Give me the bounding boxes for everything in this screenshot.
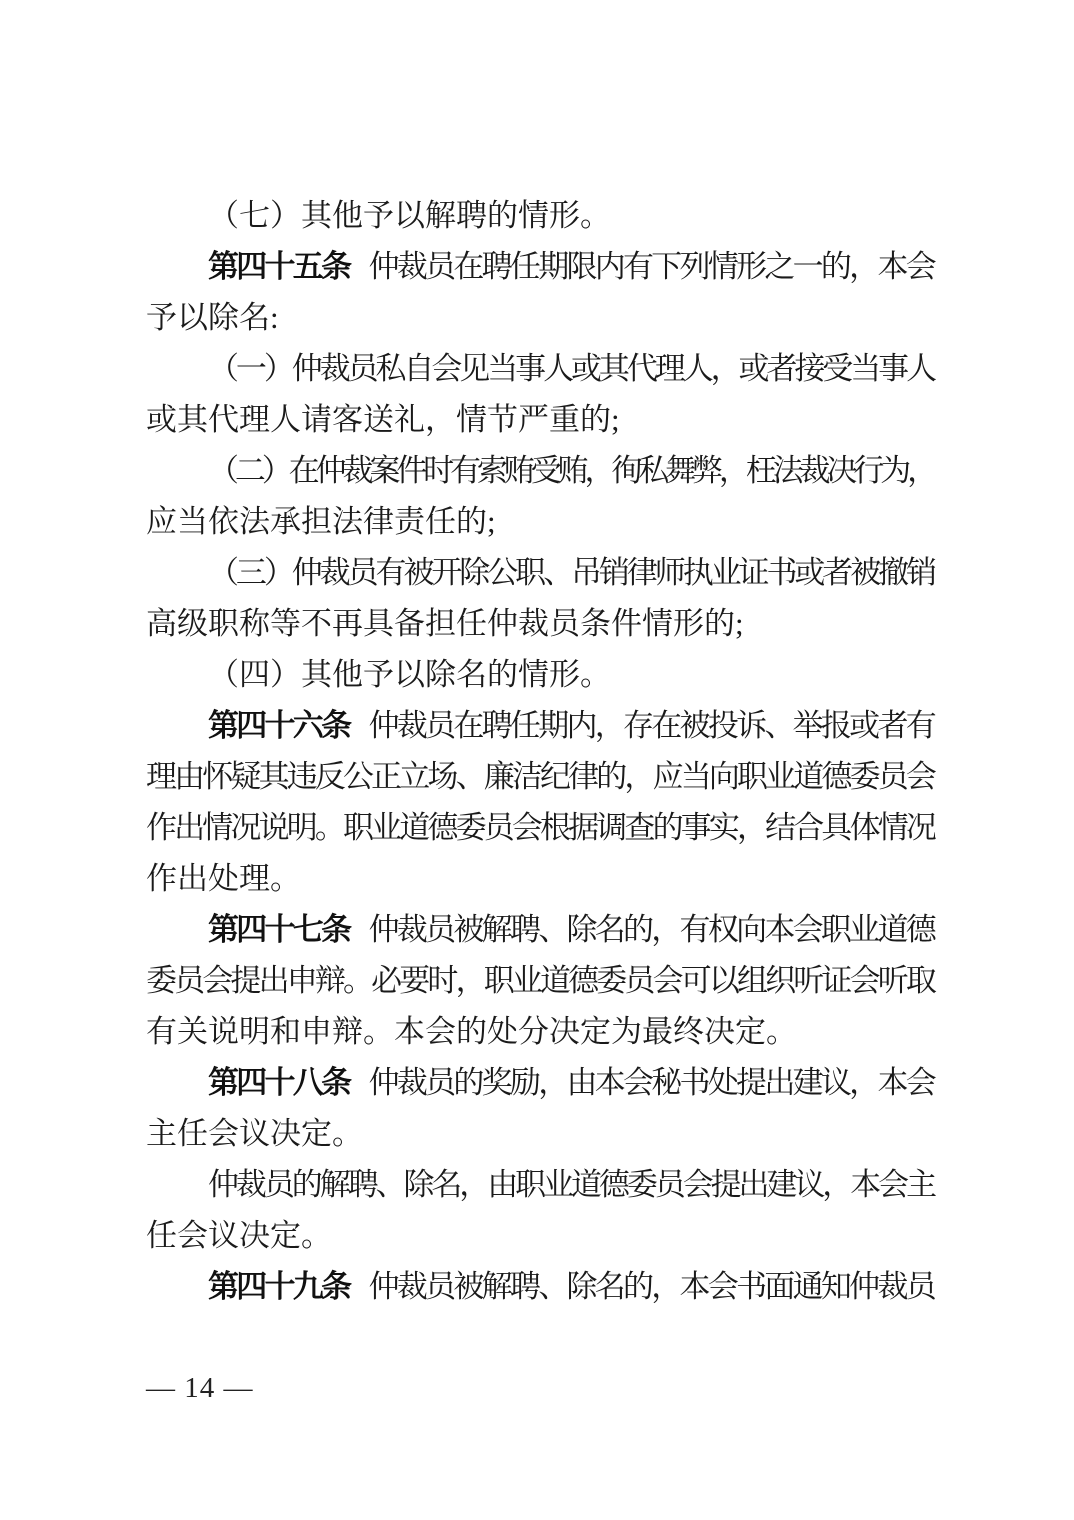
line-content: 作出处理。 xyxy=(146,861,301,896)
text-line: （四）其他予以除名的情形。 xyxy=(146,649,934,700)
line-text: 仲裁员的解聘、除名，由职业道德委员会提出建议，本会主 xyxy=(208,1167,934,1202)
article-line: 第四十九条仲裁员被解聘、除名的，本会书面通知仲裁员 xyxy=(146,1261,934,1312)
text-line: 有关说明和申辩。本会的处分决定为最终决定。 xyxy=(146,1006,934,1057)
line-text: 仲裁员在聘任期内，存在被投诉、举报或者有 xyxy=(369,708,934,743)
text-line: 主任会议决定。 xyxy=(146,1108,934,1159)
text-line: 理由怀疑其违反公正立场、廉洁纪律的，应当向职业道德委员会 xyxy=(146,751,934,802)
line-content: 任会议决定。 xyxy=(146,1218,332,1253)
text-line: 应当依法承担法律责任的; xyxy=(146,496,934,547)
line-text: 作出情况说明。职业道德委员会根据调查的事实，结合具体情况 xyxy=(146,810,934,845)
article-line: 第四十八条仲裁员的奖励，由本会秘书处提出建议，本会 xyxy=(146,1057,934,1108)
line-content: 仲裁员的解聘、除名，由职业道德委员会提出建议，本会主 xyxy=(208,1167,934,1202)
line-text: 仲裁员在聘任期限内有下列情形之一的，本会 xyxy=(369,249,934,284)
text-line: （一）仲裁员私自会见当事人或其代理人，或者接受当事人 xyxy=(146,343,934,394)
text-line: 委员会提出申辩。必要时，职业道德委员会可以组织听证会听取 xyxy=(146,955,934,1006)
line-content: （七）其他予以解聘的情形。 xyxy=(208,198,611,233)
line-content: 委员会提出申辩。必要时，职业道德委员会可以组织听证会听取 xyxy=(146,963,934,998)
text-line: （三）仲裁员有被开除公职、吊销律师执业证书或者被撤销 xyxy=(146,547,934,598)
document-body: （七）其他予以解聘的情形。第四十五条仲裁员在聘任期限内有下列情形之一的，本会予以… xyxy=(146,190,934,1312)
text-line: 作出情况说明。职业道德委员会根据调查的事实，结合具体情况 xyxy=(146,802,934,853)
line-content: 第四十七条仲裁员被解聘、除名的，有权向本会职业道德 xyxy=(208,912,934,947)
line-content: （四）其他予以除名的情形。 xyxy=(208,657,611,692)
line-text: （二）在仲裁案件时有索贿受贿，徇私舞弊，枉法裁决行为， xyxy=(208,453,934,488)
line-content: 第四十九条仲裁员被解聘、除名的，本会书面通知仲裁员 xyxy=(208,1269,934,1304)
line-content: 第四十五条仲裁员在聘任期限内有下列情形之一的，本会 xyxy=(208,249,934,284)
line-text: 仲裁员被解聘、除名的，本会书面通知仲裁员 xyxy=(369,1269,934,1304)
text-line: 仲裁员的解聘、除名，由职业道德委员会提出建议，本会主 xyxy=(146,1159,934,1210)
line-text: 或其代理人请客送礼，情节严重的; xyxy=(146,402,620,437)
text-line: （二）在仲裁案件时有索贿受贿，徇私舞弊，枉法裁决行为， xyxy=(146,445,934,496)
line-text: 有关说明和申辩。本会的处分决定为最终决定。 xyxy=(146,1014,797,1049)
line-text: 仲裁员的奖励，由本会秘书处提出建议，本会 xyxy=(369,1065,934,1100)
line-content: 或其代理人请客送礼，情节严重的; xyxy=(146,402,620,437)
text-line: 或其代理人请客送礼，情节严重的; xyxy=(146,394,934,445)
line-content: 作出情况说明。职业道德委员会根据调查的事实，结合具体情况 xyxy=(146,810,934,845)
page-footer: — 14 — xyxy=(146,1368,254,1408)
line-text: 予以除名: xyxy=(146,300,279,335)
line-content: 予以除名: xyxy=(146,300,279,335)
line-text: 仲裁员被解聘、除名的，有权向本会职业道德 xyxy=(369,912,934,947)
article-line: 第四十五条仲裁员在聘任期限内有下列情形之一的，本会 xyxy=(146,241,934,292)
article-number: 第四十七条 xyxy=(208,912,349,947)
article-number: 第四十九条 xyxy=(208,1269,349,1304)
text-line: 作出处理。 xyxy=(146,853,934,904)
line-text: 应当依法承担法律责任的; xyxy=(146,504,496,539)
article-line: 第四十七条仲裁员被解聘、除名的，有权向本会职业道德 xyxy=(146,904,934,955)
line-content: （三）仲裁员有被开除公职、吊销律师执业证书或者被撤销 xyxy=(208,555,934,590)
line-content: （一）仲裁员私自会见当事人或其代理人，或者接受当事人 xyxy=(208,351,934,386)
line-text: 委员会提出申辩。必要时，职业道德委员会可以组织听证会听取 xyxy=(146,963,934,998)
line-text: 高级职称等不再具备担任仲裁员条件情形的; xyxy=(146,606,744,641)
article-number: 第四十八条 xyxy=(208,1065,349,1100)
page-number: — 14 — xyxy=(146,1372,254,1404)
line-content: 应当依法承担法律责任的; xyxy=(146,504,496,539)
line-content: 第四十六条仲裁员在聘任期内，存在被投诉、举报或者有 xyxy=(208,708,934,743)
text-line: 予以除名: xyxy=(146,292,934,343)
line-content: 理由怀疑其违反公正立场、廉洁纪律的，应当向职业道德委员会 xyxy=(146,759,934,794)
line-text: 作出处理。 xyxy=(146,861,301,896)
article-number: 第四十六条 xyxy=(208,708,349,743)
line-text: 主任会议决定。 xyxy=(146,1116,363,1151)
line-text: （三）仲裁员有被开除公职、吊销律师执业证书或者被撤销 xyxy=(208,555,934,590)
text-line: 任会议决定。 xyxy=(146,1210,934,1261)
text-line: 高级职称等不再具备担任仲裁员条件情形的; xyxy=(146,598,934,649)
article-line: 第四十六条仲裁员在聘任期内，存在被投诉、举报或者有 xyxy=(146,700,934,751)
line-content: 第四十八条仲裁员的奖励，由本会秘书处提出建议，本会 xyxy=(208,1065,934,1100)
line-text: 任会议决定。 xyxy=(146,1218,332,1253)
line-content: 有关说明和申辩。本会的处分决定为最终决定。 xyxy=(146,1014,797,1049)
text-line: （七）其他予以解聘的情形。 xyxy=(146,190,934,241)
document-page: （七）其他予以解聘的情形。第四十五条仲裁员在聘任期限内有下列情形之一的，本会予以… xyxy=(0,0,1074,1520)
line-text: （七）其他予以解聘的情形。 xyxy=(208,198,611,233)
line-text: （一）仲裁员私自会见当事人或其代理人，或者接受当事人 xyxy=(208,351,934,386)
line-content: 主任会议决定。 xyxy=(146,1116,363,1151)
line-content: （二）在仲裁案件时有索贿受贿，徇私舞弊，枉法裁决行为， xyxy=(208,453,934,488)
line-text: 理由怀疑其违反公正立场、廉洁纪律的，应当向职业道德委员会 xyxy=(146,759,934,794)
article-number: 第四十五条 xyxy=(208,249,349,284)
line-text: （四）其他予以除名的情形。 xyxy=(208,657,611,692)
line-content: 高级职称等不再具备担任仲裁员条件情形的; xyxy=(146,606,744,641)
